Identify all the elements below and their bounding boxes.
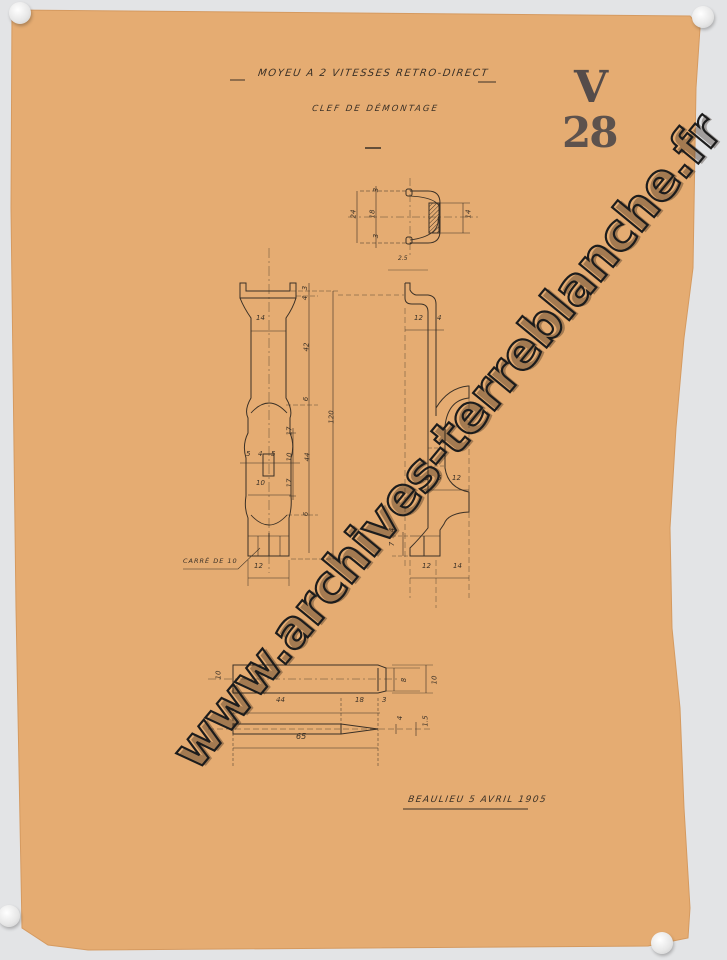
dim-44-pin: 44 (276, 696, 285, 704)
dim-42: 42 (302, 343, 310, 352)
dim-3-bottom: 3 (372, 234, 380, 238)
dim-65: 65 (296, 732, 306, 741)
dim-17-upper: 17 (285, 427, 293, 436)
dim-5-right: 5 (271, 450, 275, 458)
dim-2-5: 2.5 (398, 255, 408, 262)
dim-6-upper: 6 (302, 397, 310, 401)
square-note: CARRÉ DE 10 (183, 557, 238, 565)
sheet-letter: V (574, 62, 608, 113)
dim-3: 3 (301, 286, 309, 290)
dim-4: 4 (301, 296, 309, 300)
pushpin-top-left (9, 2, 31, 24)
dim-4-side: 4 (437, 314, 441, 322)
dim-3-top: 3 (372, 188, 380, 192)
pushpin-bottom-right (651, 932, 673, 954)
dim-14-section: 14 (464, 210, 472, 219)
dim-12-foot: 12 (422, 562, 431, 570)
dim-12-base: 12 (254, 562, 263, 570)
dim-5-left: 5 (246, 450, 250, 458)
signature-date: BEAULIEU 5 AVRIL 1905 (407, 795, 547, 805)
dim-1-5: 1.5 (422, 715, 430, 726)
sheet-number: 28 (562, 108, 616, 157)
drawing-title: MOYEU A 2 VITESSES RETRO-DIRECT (257, 68, 489, 79)
dim-120: 120 (328, 410, 336, 423)
dim-10-slot: 10 (285, 453, 293, 462)
dim-10-pin: 10 (430, 676, 438, 685)
dim-8: 8 (400, 678, 408, 682)
dim-17-lower: 17 (285, 479, 293, 488)
drawing-subtitle: CLEF DE DÉMONTAGE (311, 104, 439, 114)
pushpin-top-right (692, 6, 714, 28)
dim-4-slot: 4 (258, 450, 262, 458)
dim-6-lower: 6 (302, 512, 310, 516)
dim-4-pin: 4 (396, 716, 404, 720)
dim-3-pin: 3 (382, 696, 386, 704)
dim-18-pin: 18 (355, 696, 364, 704)
dim-14-width: 14 (256, 314, 265, 322)
dim-12-side: 12 (414, 314, 423, 322)
dim-24: 24 (349, 210, 357, 219)
dim-10-width: 10 (256, 479, 265, 487)
dim-44: 44 (303, 453, 311, 462)
dim-14-foot: 14 (453, 562, 462, 570)
dim-18: 18 (368, 210, 376, 219)
